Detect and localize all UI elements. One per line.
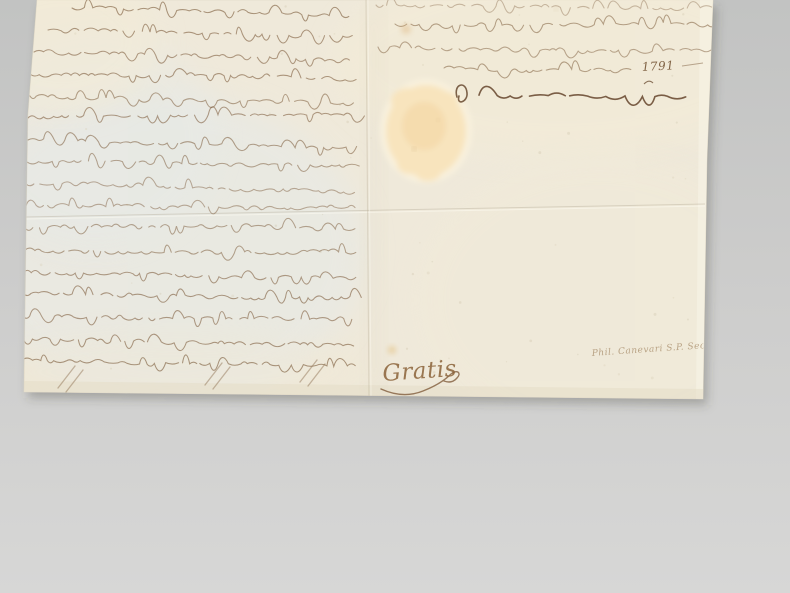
- year-1791-text: 1791: [641, 58, 674, 74]
- manuscript-scene: Gratis 1791 Phil. Canevari S.P. Secr.: [0, 0, 790, 593]
- manuscript-photo: Gratis 1791 Phil. Canevari S.P. Secr.: [0, 0, 790, 593]
- seal-stain: [380, 79, 472, 183]
- gratis-inscription: Gratis: [382, 356, 458, 387]
